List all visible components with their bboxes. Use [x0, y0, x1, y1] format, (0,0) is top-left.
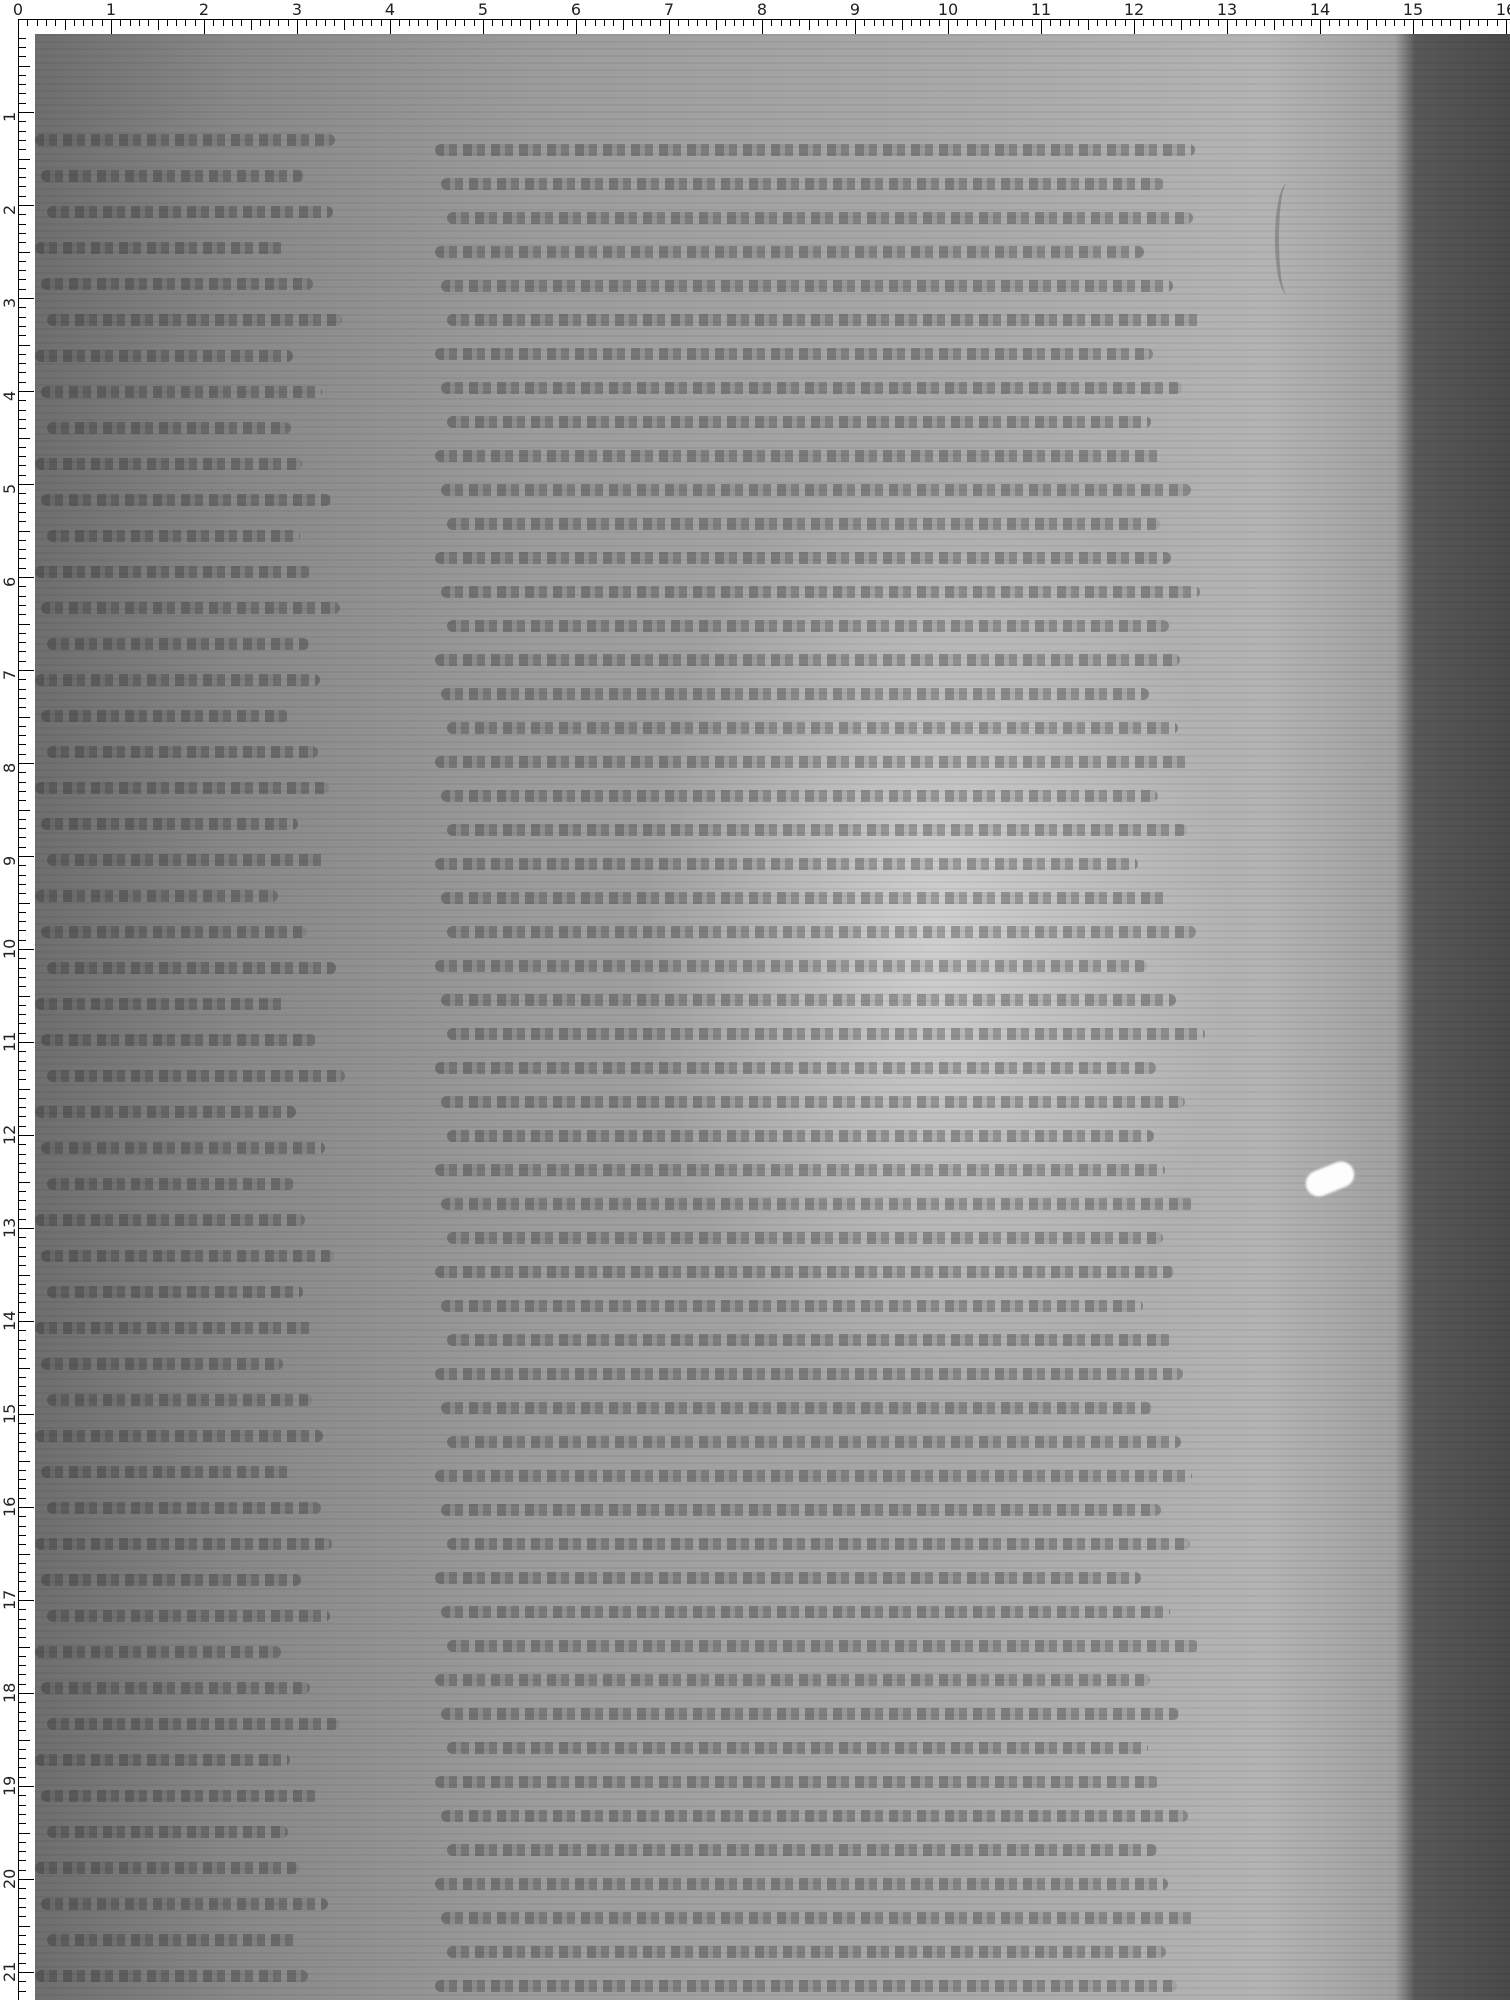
ruler-label: 14: [0, 1311, 19, 1331]
ruler-label: 16: [0, 1497, 19, 1517]
ruler-label: 4: [0, 391, 19, 401]
ruler-label: 5: [478, 0, 488, 19]
parchment-ruling: [35, 34, 1510, 2000]
ruler-label: 2: [199, 0, 209, 19]
manuscript-scan: [35, 34, 1510, 2000]
ruler-label: 21: [0, 1962, 19, 1982]
ruler-label: 14: [1310, 0, 1330, 19]
ruler-label: 3: [0, 298, 19, 308]
ruler-label: 11: [0, 1032, 19, 1052]
ruler-label: 8: [757, 0, 767, 19]
ruler-label: 15: [1403, 0, 1423, 19]
ruler-label: 20: [0, 1869, 19, 1889]
ruler-label: 12: [0, 1125, 19, 1145]
ruler-label: 9: [0, 856, 19, 866]
ruler-label: 18: [0, 1683, 19, 1703]
ruler-label: 6: [0, 577, 19, 587]
ruler-label: 12: [1124, 0, 1144, 19]
ruler-label: 13: [1217, 0, 1237, 19]
ruler-label: 17: [0, 1590, 19, 1610]
ruler-label: 3: [292, 0, 302, 19]
ruler-label: 2: [0, 205, 19, 215]
ruler-label: 15: [0, 1404, 19, 1424]
ruler-label: 13: [0, 1218, 19, 1238]
ruler-label: 1: [106, 0, 116, 19]
ruler-label: 8: [0, 763, 19, 773]
ruler-label: 0: [13, 0, 23, 19]
ruler-label: 11: [1031, 0, 1051, 19]
margin-mark: [1275, 184, 1299, 294]
ruler-label: 19: [0, 1776, 19, 1796]
ruler-label: 1: [0, 112, 19, 122]
ruler-label: 6: [571, 0, 581, 19]
vertical-ruler: 123456789101112131415161718192021: [0, 0, 34, 2000]
ruler-label: 10: [938, 0, 958, 19]
ruler-label: 16: [1496, 0, 1510, 19]
ruler-label: 9: [850, 0, 860, 19]
ruler-label: 10: [0, 939, 19, 959]
horizontal-ruler: 012345678910111213141516: [0, 0, 1510, 34]
ruler-label: 4: [385, 0, 395, 19]
ruler-label: 7: [0, 670, 19, 680]
ruler-label: 7: [664, 0, 674, 19]
ruler-label: 5: [0, 484, 19, 494]
